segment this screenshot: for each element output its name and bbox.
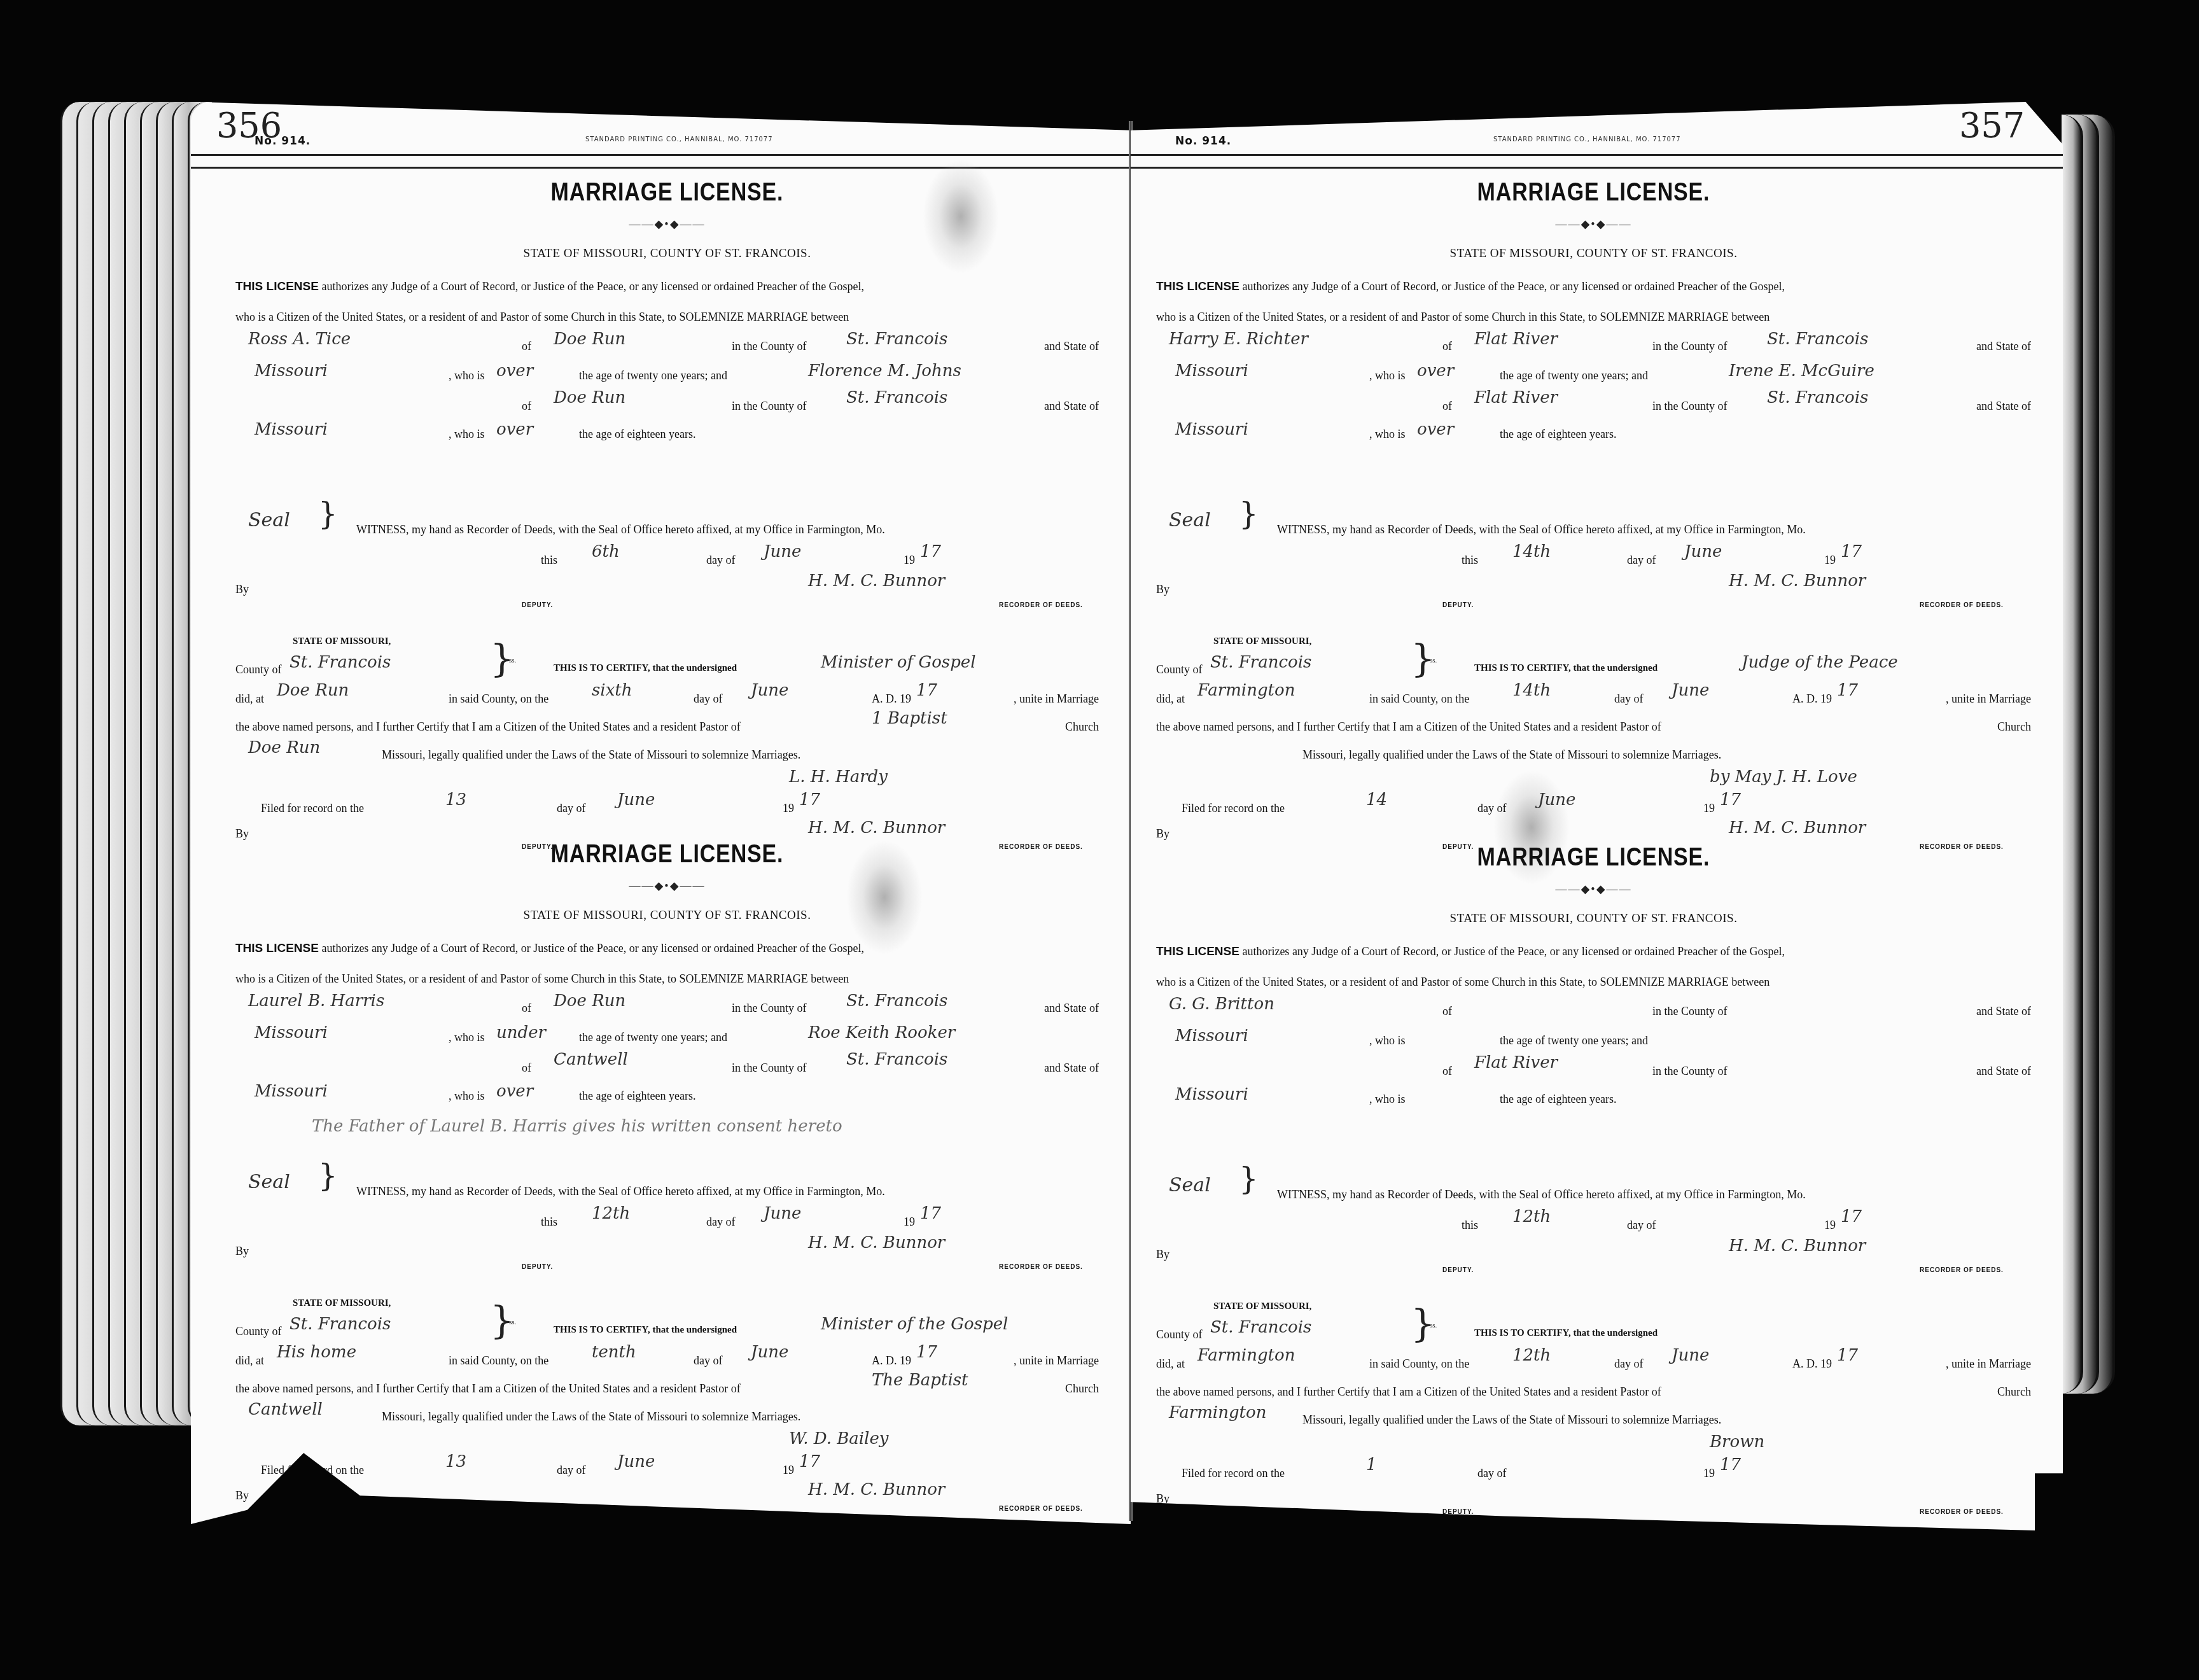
bride-residence: Cantwell bbox=[554, 1050, 628, 1069]
groom-name: Ross A. Tice bbox=[248, 330, 351, 349]
filed-recorder-signature: H. M. C. Bunnor bbox=[808, 818, 945, 837]
cert-county: St. Francois bbox=[290, 653, 391, 672]
witness-text: WITNESS, my hand as Recorder of Deeds, w… bbox=[356, 523, 1099, 536]
witness-year: 17 bbox=[1841, 542, 1862, 561]
groom-state: Missouri bbox=[255, 1023, 328, 1042]
witness-month: June bbox=[764, 1204, 801, 1223]
marriage-month: June bbox=[1672, 1346, 1709, 1365]
officiant-signature: by May J. H. Love bbox=[1710, 767, 1857, 787]
header-rule bbox=[1131, 167, 2063, 169]
form-number: No. 914. bbox=[1175, 135, 1231, 148]
church-location: Cantwell bbox=[248, 1400, 323, 1419]
groom-residence: Flat River bbox=[1474, 330, 1558, 349]
bride-county: St. Francois bbox=[846, 1050, 947, 1069]
recorder-signature: H. M. C. Bunnor bbox=[1729, 1236, 1866, 1256]
witness-text: WITNESS, my hand as Recorder of Deeds, w… bbox=[1277, 523, 2031, 536]
bride-age: over bbox=[496, 420, 533, 439]
state-county-heading: STATE OF MISSOURI, COUNTY OF ST. FRANCOI… bbox=[1156, 912, 2031, 926]
license-title: MARRIAGE LICENSE. bbox=[1222, 178, 1965, 207]
cert-county: St. Francois bbox=[1210, 1318, 1311, 1337]
marriage-place: Farmington bbox=[1197, 681, 1295, 700]
cert-county: St. Francois bbox=[1210, 653, 1311, 672]
left-page: 356 No. 914. STANDARD PRINTING CO., HANN… bbox=[191, 102, 1131, 1524]
recorder-signature: H. M. C. Bunnor bbox=[808, 571, 945, 591]
ornament-divider: ——◆•◆—— bbox=[1156, 883, 2031, 896]
groom-state: Missouri bbox=[1175, 1026, 1248, 1046]
groom-county: St. Francois bbox=[1767, 330, 1868, 349]
recorder-signature: H. M. C. Bunnor bbox=[808, 1233, 945, 1252]
officiant-title: Judge of the Peace bbox=[1742, 653, 1898, 672]
filed-month: June bbox=[1538, 790, 1575, 809]
license-text-line-2: who is a Citizen of the United States, o… bbox=[235, 972, 1099, 986]
marriage-place: Doe Run bbox=[277, 681, 349, 700]
license-text-line-2: who is a Citizen of the United States, o… bbox=[1156, 311, 2031, 324]
marriage-year: 17 bbox=[916, 681, 937, 700]
seal-mark: Seal bbox=[1169, 509, 1211, 531]
witness-month: June bbox=[1684, 542, 1722, 561]
bride-state: Missouri bbox=[1175, 1085, 1248, 1104]
license-text-line-1: THIS LICENSE authorizes any Judge of a C… bbox=[235, 942, 1099, 956]
recorder-signature: H. M. C. Bunnor bbox=[1729, 571, 1866, 591]
cert-county: St. Francois bbox=[290, 1315, 391, 1334]
officiant-title: Minister of the Gospel bbox=[821, 1315, 1008, 1334]
license-block-2: MARRIAGE LICENSE. ——◆•◆—— STATE OF MISSO… bbox=[1156, 178, 2031, 837]
license-block-1: MARRIAGE LICENSE. ——◆•◆—— STATE OF MISSO… bbox=[235, 178, 1099, 837]
license-title: MARRIAGE LICENSE. bbox=[1222, 843, 1965, 872]
groom-state: Missouri bbox=[1175, 361, 1248, 381]
license-text-line-1: THIS LICENSE authorizes any Judge of a C… bbox=[1156, 945, 2031, 959]
header-rule bbox=[191, 154, 1131, 156]
license-lead: THIS LICENSE bbox=[235, 280, 319, 293]
seal-mark: Seal bbox=[1169, 1174, 1211, 1196]
license-title: MARRIAGE LICENSE. bbox=[300, 178, 1034, 207]
state-county-heading: STATE OF MISSOURI, COUNTY OF ST. FRANCOI… bbox=[1156, 247, 2031, 261]
bride-name: Florence M. Johns bbox=[808, 361, 961, 381]
groom-age: over bbox=[496, 361, 533, 381]
bride-name: Roe Keith Rooker bbox=[808, 1023, 955, 1042]
marriage-year: 17 bbox=[1837, 681, 1858, 700]
bride-county: St. Francois bbox=[1767, 388, 1868, 407]
marriage-place: Farmington bbox=[1197, 1346, 1295, 1365]
bride-age: over bbox=[1417, 420, 1454, 439]
filed-day: 1 bbox=[1366, 1455, 1377, 1474]
marriage-place: His home bbox=[277, 1343, 356, 1362]
license-lead: THIS LICENSE bbox=[235, 942, 319, 955]
consent-note: The Father of Laurel B. Harris gives his… bbox=[312, 1112, 884, 1140]
printer-imprint: STANDARD PRINTING CO., HANNIBAL, MO. 717… bbox=[585, 136, 773, 143]
groom-age: under bbox=[496, 1023, 546, 1042]
groom-age: over bbox=[1417, 361, 1454, 381]
header-rule bbox=[191, 167, 1131, 169]
groom-name: Harry E. Richter bbox=[1169, 330, 1308, 349]
officiant-signature: Brown bbox=[1710, 1432, 1764, 1452]
bride-name: Irene E. McGuire bbox=[1729, 361, 1874, 381]
witness-day: 6th bbox=[592, 542, 620, 561]
church-denomination: The Baptist bbox=[872, 1371, 968, 1390]
bride-state: Missouri bbox=[255, 1082, 328, 1101]
page-stack-left bbox=[60, 102, 213, 1425]
bride-county: St. Francois bbox=[846, 388, 947, 407]
license-text-line-2: who is a Citizen of the United States, o… bbox=[1156, 976, 2031, 989]
filed-recorder-signature: H. M. C. Bunnor bbox=[1729, 818, 1866, 837]
groom-name: G. G. Britton bbox=[1169, 995, 1274, 1014]
filed-day: 13 bbox=[445, 1452, 466, 1471]
license-block-3: MARRIAGE LICENSE. ——◆•◆—— STATE OF MISSO… bbox=[235, 840, 1099, 1499]
filed-month: June bbox=[617, 790, 655, 809]
form-number: No. 914. bbox=[255, 135, 311, 148]
church-location: Farmington bbox=[1169, 1403, 1266, 1422]
right-page: 357 No. 914. STANDARD PRINTING CO., HANN… bbox=[1131, 102, 2063, 1530]
license-text-line-1: THIS LICENSE authorizes any Judge of a C… bbox=[1156, 280, 2031, 294]
church-location: Doe Run bbox=[248, 738, 320, 757]
bride-residence: Flat River bbox=[1474, 388, 1558, 407]
cert-state: STATE OF MISSOURI, bbox=[293, 1298, 391, 1309]
officiant-title: Minister of Gospel bbox=[821, 653, 976, 672]
marriage-month: June bbox=[1672, 681, 1709, 700]
groom-county: St. Francois bbox=[846, 330, 947, 349]
witness-year: 17 bbox=[920, 1204, 941, 1223]
marriage-day: 14th bbox=[1512, 681, 1551, 700]
page-stack-right bbox=[2062, 115, 2112, 1394]
ornament-divider: ——◆•◆—— bbox=[235, 879, 1099, 893]
officiant-signature: L. H. Hardy bbox=[789, 767, 888, 787]
marriage-day: 12th bbox=[1512, 1346, 1551, 1365]
license-text-line-1: THIS LICENSE authorizes any Judge of a C… bbox=[235, 280, 1099, 294]
filed-year: 17 bbox=[1720, 790, 1741, 809]
filed-year: 17 bbox=[799, 790, 820, 809]
filed-month: June bbox=[617, 1452, 655, 1471]
marriage-month: June bbox=[751, 1343, 788, 1362]
officiant-signature: W. D. Bailey bbox=[789, 1429, 888, 1448]
groom-county: St. Francois bbox=[846, 991, 947, 1011]
witness-day: 12th bbox=[592, 1204, 630, 1223]
cert-state: STATE OF MISSOURI, bbox=[293, 636, 391, 647]
filed-year: 17 bbox=[799, 1452, 820, 1471]
state-county-heading: STATE OF MISSOURI, COUNTY OF ST. FRANCOI… bbox=[235, 909, 1099, 923]
license-block-4: MARRIAGE LICENSE. ——◆•◆—— STATE OF MISSO… bbox=[1156, 843, 2031, 1502]
filed-day: 13 bbox=[445, 790, 466, 809]
filed-year: 17 bbox=[1720, 1455, 1741, 1474]
marriage-day: tenth bbox=[592, 1343, 636, 1362]
cert-state: STATE OF MISSOURI, bbox=[1213, 1301, 1311, 1312]
printer-imprint: STANDARD PRINTING CO., HANNIBAL, MO. 717… bbox=[1493, 136, 1681, 143]
witness-year: 17 bbox=[920, 542, 941, 561]
witness-day: 14th bbox=[1512, 542, 1551, 561]
witness-month: June bbox=[764, 542, 801, 561]
filed-recorder-signature: H. M. C. Bunnor bbox=[808, 1480, 945, 1499]
bride-residence: Flat River bbox=[1474, 1053, 1558, 1072]
marriage-day: sixth bbox=[592, 681, 632, 700]
license-lead: THIS LICENSE bbox=[1156, 945, 1239, 958]
marriage-year: 17 bbox=[916, 1343, 937, 1362]
license-lead: THIS LICENSE bbox=[1156, 280, 1239, 293]
seal-mark: Seal bbox=[248, 509, 290, 531]
groom-residence: Doe Run bbox=[554, 330, 625, 349]
ornament-divider: ——◆•◆—— bbox=[1156, 218, 2031, 231]
filed-day: 14 bbox=[1366, 790, 1387, 809]
bride-state: Missouri bbox=[1175, 420, 1248, 439]
state-county-heading: STATE OF MISSOURI, COUNTY OF ST. FRANCOI… bbox=[235, 247, 1099, 261]
seal-mark: Seal bbox=[248, 1171, 290, 1193]
header-rule bbox=[1131, 154, 2063, 156]
bride-residence: Doe Run bbox=[554, 388, 625, 407]
groom-state: Missouri bbox=[255, 361, 328, 381]
witness-text: WITNESS, my hand as Recorder of Deeds, w… bbox=[356, 1185, 1099, 1198]
witness-day: 12th bbox=[1512, 1207, 1551, 1226]
witness-year: 17 bbox=[1841, 1207, 1862, 1226]
bride-age: over bbox=[496, 1082, 533, 1101]
license-text-line-2: who is a Citizen of the United States, o… bbox=[235, 311, 1099, 324]
ornament-divider: ——◆•◆—— bbox=[235, 218, 1099, 231]
bride-state: Missouri bbox=[255, 420, 328, 439]
groom-name: Laurel B. Harris bbox=[248, 991, 384, 1011]
license-title: MARRIAGE LICENSE. bbox=[300, 840, 1034, 869]
cert-state: STATE OF MISSOURI, bbox=[1213, 636, 1311, 647]
marriage-year: 17 bbox=[1837, 1346, 1858, 1365]
witness-text: WITNESS, my hand as Recorder of Deeds, w… bbox=[1277, 1188, 2031, 1201]
groom-residence: Doe Run bbox=[554, 991, 625, 1011]
marriage-month: June bbox=[751, 681, 788, 700]
page-number: 357 bbox=[1959, 106, 2025, 146]
church-denomination: 1 Baptist bbox=[872, 709, 947, 728]
